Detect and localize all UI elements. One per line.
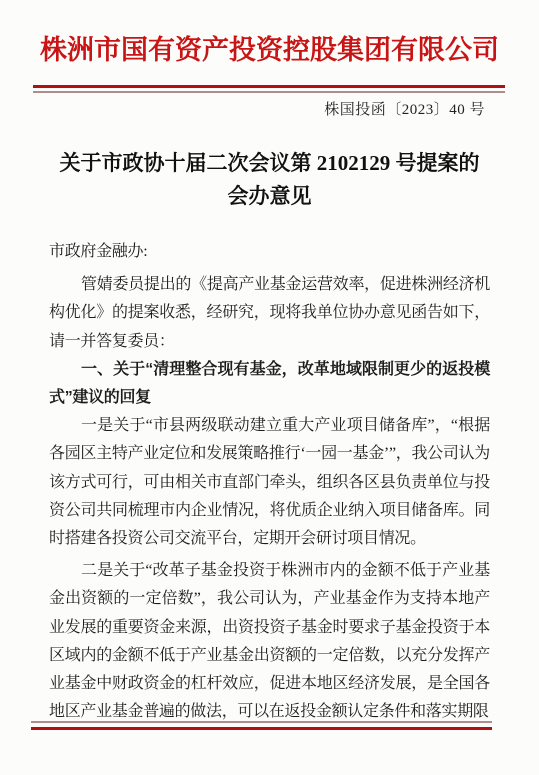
- document-page: 株洲市国有资产投资控股集团有限公司 株国投函〔2023〕40 号 关于市政协十届…: [0, 0, 539, 775]
- paragraph-reply-1: 一是关于“市县两级联动建立重大产业项目储备库”，“根据各园区主特产业定位和发展策…: [49, 412, 490, 553]
- org-name-header: 株洲市国有资产投资控股集团有限公司: [0, 28, 539, 67]
- doc-reference-number: 株国投函〔2023〕40 号: [324, 98, 485, 119]
- paragraph-intro: 管婧委员提出的《提高产业基金运营效率，促进株洲经济机构优化》的提案收悉，经研究，…: [49, 271, 490, 356]
- salutation: 市政府金融办:: [49, 238, 490, 266]
- document-title-line1: 关于市政协十届二次会议第 2102129 号提案的: [0, 147, 539, 180]
- document-body: 市政府金融办: 管婧委员提出的《提高产业基金运营效率，促进株洲经济机构优化》的提…: [49, 238, 490, 726]
- footer-rule-red: [31, 727, 492, 730]
- paragraph-reply-2: 二是关于“改革子基金投资于株洲市内的金额不低于产业基金出资额的一定倍数”，我公司…: [49, 557, 490, 726]
- header-rule-shadow: [33, 91, 505, 93]
- footer-rule-shadow: [31, 721, 492, 723]
- document-title-line2: 会办意见: [0, 180, 539, 213]
- paragraph-section-heading: 一、关于“清理整合现有基金，改革地域限制更少的返投模式”建议的回复: [49, 356, 490, 412]
- document-title: 关于市政协十届二次会议第 2102129 号提案的 会办意见: [0, 147, 539, 213]
- header-rule-red: [33, 85, 505, 88]
